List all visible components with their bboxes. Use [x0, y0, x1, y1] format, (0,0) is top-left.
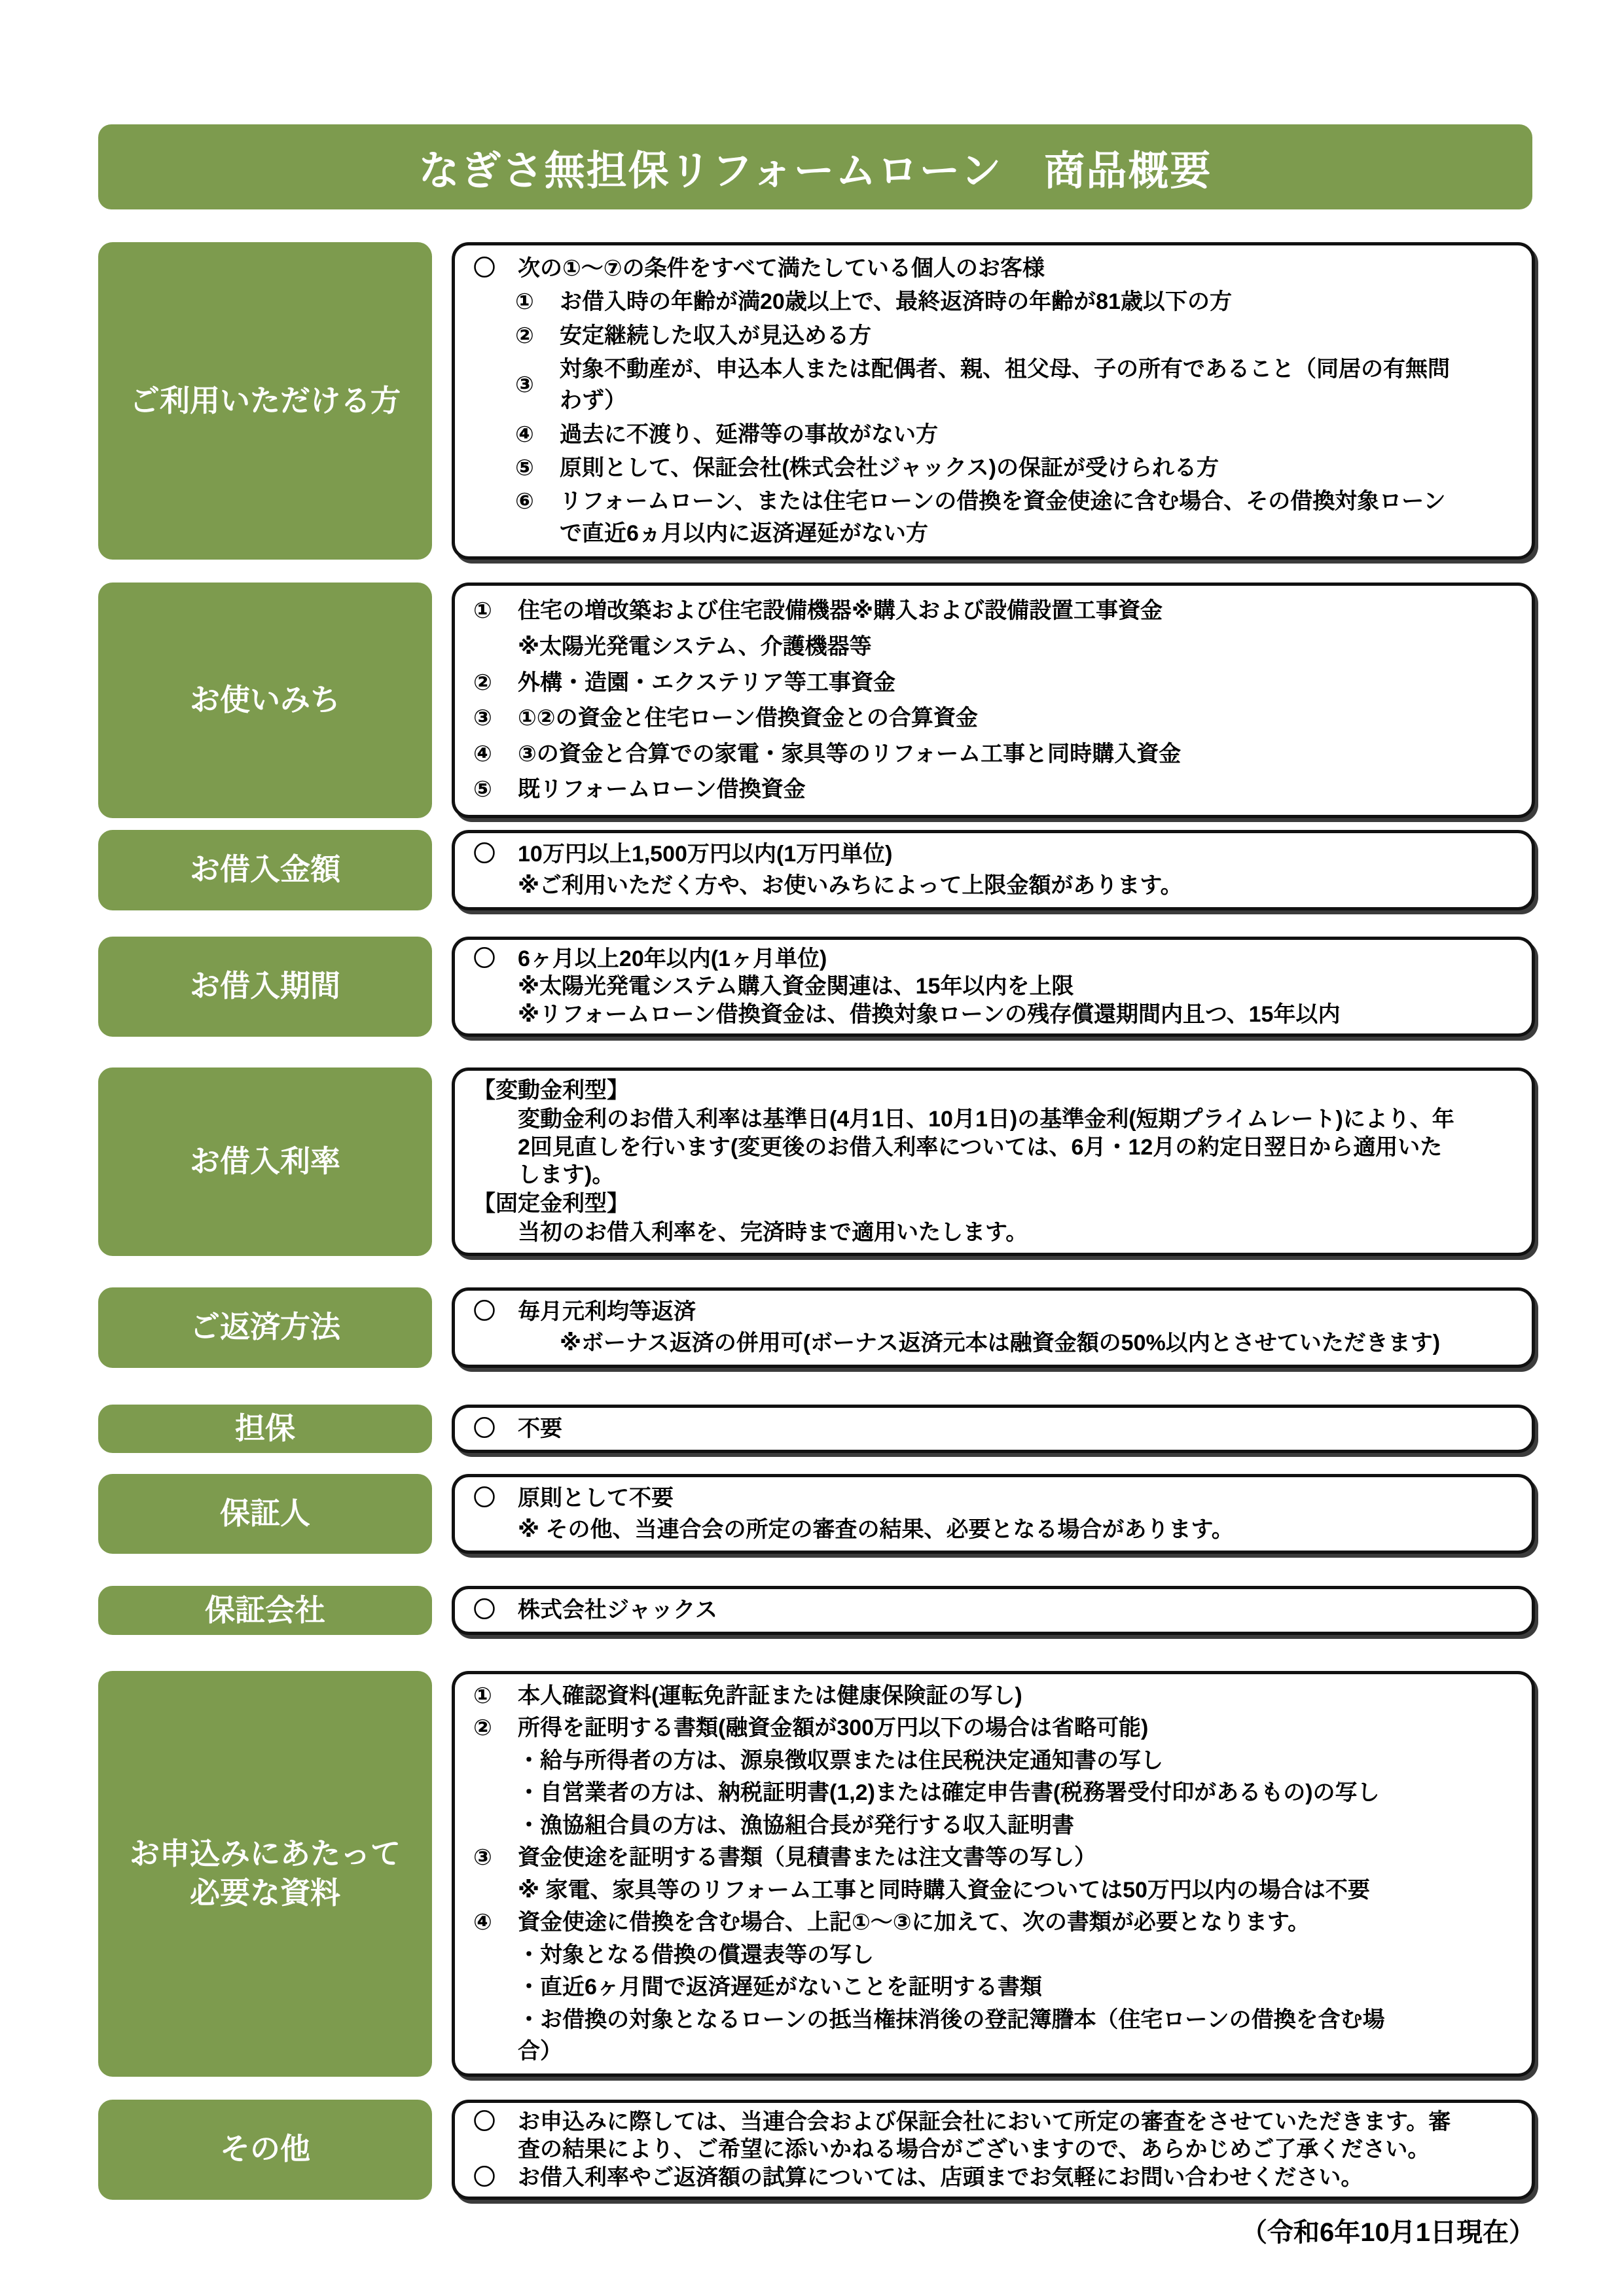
line-text: 過去に不渡り、延滞等の事故がない方	[560, 419, 938, 450]
line-text: リフォームローン、または住宅ローンの借換を資金使途に含む場合、その借換対象ローン…	[560, 486, 1446, 549]
section-label: ご返済方法	[98, 1287, 432, 1368]
content-line: 【変動金利型】	[473, 1077, 1513, 1105]
line-text: 6ヶ月以上20年以内(1ヶ月単位)	[518, 945, 827, 973]
content-line: 〇株式会社ジャックス	[473, 1594, 1513, 1626]
line-text: 株式会社ジャックス	[518, 1594, 717, 1626]
circled-number-marker: ①	[473, 1680, 518, 1712]
content-line: ・漁協組合員の方は、漁協組合長が発行する収入証明書	[473, 1810, 1513, 1841]
content-line: ③①②の資金と住宅ローン借換資金との合算資金	[473, 702, 1513, 734]
section-content: 【変動金利型】 変動金利のお借入利率は基準日(4月1日、10月1日)の基準金利(…	[452, 1067, 1535, 1256]
content-line: ※ご利用いただく方や、お使いみちによって上限金額があります。	[473, 870, 1513, 901]
line-text: お申込みに際しては、当連合会および保証会社において所定の審査をさせていただきます…	[518, 2108, 1451, 2164]
circled-number-marker: ②	[515, 320, 560, 351]
section-content: 〇不要	[452, 1405, 1535, 1453]
content-line: ・自営業者の方は、納税証明書(1,2)または確定申告書(税務署受付印があるもの)…	[473, 1777, 1513, 1808]
section-content: 〇株式会社ジャックス	[452, 1586, 1535, 1634]
circled-number-marker: ⑤	[515, 452, 560, 484]
content-line: ③資金使途を証明する書類（見積書または注文書等の写し）	[473, 1842, 1513, 1873]
bullet-circle-marker: 〇	[473, 1594, 518, 1626]
content-line: 〇10万円以上1,500万円以内(1万円単位)	[473, 838, 1513, 870]
line-text: ※ボーナス返済の併用可(ボーナス返済元本は融資金額の50%以内とさせていただきま…	[560, 1327, 1440, 1359]
line-text: 原則として、保証会社(株式会社ジャックス)の保証が受けられる方	[560, 452, 1219, 484]
line-text: 10万円以上1,500万円以内(1万円単位)	[518, 838, 892, 870]
content-line: ※太陽光発電システム、介護機器等	[473, 631, 1513, 662]
circled-number-marker: ③	[473, 702, 518, 734]
section-label: ご利用いただける方	[98, 242, 432, 560]
circled-number-marker: ②	[473, 1712, 518, 1744]
section-other: その他 〇お申込みに際しては、当連合会および保証会社において所定の審査をさせてい…	[98, 2100, 1535, 2200]
content-line: 〇毎月元利均等返済	[473, 1296, 1513, 1327]
section-content: 〇6ヶ月以上20年以内(1ヶ月単位) ※太陽光発電システム購入資金関連は、15年…	[452, 937, 1535, 1037]
content-line: ②安定継続した収入が見込める方	[515, 320, 1513, 351]
circled-number-marker: ①	[473, 595, 518, 626]
line-text: 【変動金利型】	[473, 1077, 629, 1105]
line-text: 外構・造園・エクステリア等工事資金	[518, 667, 895, 698]
content-line: ④過去に不渡り、延滞等の事故がない方	[515, 419, 1513, 450]
page-title: なぎさ無担保リフォームローン 商品概要	[98, 124, 1532, 209]
line-text: ①②の資金と住宅ローン借換資金との合算資金	[518, 702, 978, 734]
content-line: ※ 家電、家具等のリフォーム工事と同時購入資金については50万円以内の場合は不要	[473, 1874, 1513, 1906]
section-collateral: 担保 〇不要	[98, 1405, 1535, 1453]
content-line: ・対象となる借換の償還表等の写し	[473, 1939, 1513, 1971]
section-label: 保証人	[98, 1474, 432, 1554]
line-text: 不要	[518, 1413, 562, 1444]
line-text: 対象不動産が、申込本人または配偶者、親、祖父母、子の所有であること（同居の有無問…	[560, 353, 1450, 417]
line-text: 【固定金利型】	[473, 1190, 629, 1218]
section-guarantor: 保証人 〇原則として不要 ※ その他、当連合会の所定の審査の結果、必要となる場合…	[98, 1474, 1535, 1554]
circled-number-marker: ③	[473, 1842, 518, 1873]
circled-number-marker: ①	[515, 286, 560, 317]
bullet-circle-marker: 〇	[473, 945, 518, 973]
bullet-circle-marker: 〇	[473, 253, 518, 284]
content-line: ・給与所得者の方は、源泉徴収票または住民税決定通知書の写し	[473, 1745, 1513, 1776]
line-text: 毎月元利均等返済	[518, 1296, 696, 1327]
bullet-circle-marker: 〇	[473, 1482, 518, 1514]
section-content: ①住宅の増改築および住宅設備機器※購入および設備設置工事資金 ※太陽光発電システ…	[452, 583, 1535, 818]
content-line: ※ボーナス返済の併用可(ボーナス返済元本は融資金額の50%以内とさせていただきま…	[515, 1327, 1513, 1359]
content-line: ①住宅の増改築および住宅設備機器※購入および設備設置工事資金	[473, 595, 1513, 626]
circled-number-marker: ②	[473, 667, 518, 698]
line-text: 既リフォームローン借換資金	[518, 774, 806, 805]
circled-number-marker: ③	[515, 369, 560, 401]
section-label: お借入期間	[98, 937, 432, 1037]
line-text: 安定継続した収入が見込める方	[560, 320, 871, 351]
section-label: その他	[98, 2100, 432, 2200]
line-text: 本人確認資料(運転免許証または健康保険証の写し)	[518, 1680, 1022, 1712]
bullet-circle-marker: 〇	[473, 838, 518, 870]
circled-number-marker: ④	[473, 1907, 518, 1938]
line-text: ・漁協組合員の方は、漁協組合長が発行する収入証明書	[518, 1810, 1074, 1841]
section-guarantee-company: 保証会社 〇株式会社ジャックス	[98, 1586, 1535, 1634]
content-line: 〇原則として不要	[473, 1482, 1513, 1514]
section-loan-amount: お借入金額 〇10万円以上1,500万円以内(1万円単位) ※ご利用いただく方や…	[98, 830, 1535, 910]
circled-number-marker: ④	[515, 419, 560, 450]
line-text: ※太陽光発電システム購入資金関連は、15年以内を上限 ※リフォームローン借換資金…	[518, 973, 1340, 1028]
content-line: ②所得を証明する書類(融資金額が300万円以下の場合は省略可能)	[473, 1712, 1513, 1744]
content-line: ⑤既リフォームローン借換資金	[473, 774, 1513, 805]
section-usage: お使いみち ①住宅の増改築および住宅設備機器※購入および設備設置工事資金 ※太陽…	[98, 583, 1535, 818]
line-text: 資金使途を証明する書類（見積書または注文書等の写し）	[518, 1842, 1096, 1873]
section-content: 〇次の①～⑦の条件をすべて満たしている個人のお客様 ①お借入時の年齢が満20歳以…	[452, 242, 1535, 560]
content-line: ※ その他、当連合会の所定の審査の結果、必要となる場合があります。	[473, 1514, 1513, 1545]
line-text: ・直近6ヶ月間で返済遅延がないことを証明する書類	[518, 1971, 1042, 2003]
content-line: ⑤原則として、保証会社(株式会社ジャックス)の保証が受けられる方	[515, 452, 1513, 484]
content-line: 〇不要	[473, 1413, 1513, 1444]
line-text: ※ご利用いただく方や、お使いみちによって上限金額があります。	[518, 870, 1183, 901]
line-text: ※ 家電、家具等のリフォーム工事と同時購入資金については50万円以内の場合は不要	[518, 1874, 1370, 1906]
line-text: ※ その他、当連合会の所定の審査の結果、必要となる場合があります。	[518, 1514, 1234, 1545]
bullet-circle-marker: 〇	[473, 1296, 518, 1327]
line-text: お借入時の年齢が満20歳以上で、最終返済時の年齢が81歳以下の方	[560, 286, 1232, 317]
section-repayment-method: ご返済方法 〇毎月元利均等返済 ※ボーナス返済の併用可(ボーナス返済元本は融資金…	[98, 1287, 1535, 1368]
section-content: 〇お申込みに際しては、当連合会および保証会社において所定の審査をさせていただきま…	[452, 2100, 1535, 2200]
line-text: ・お借換の対象となるローンの抵当権抹消後の登記簿謄本（住宅ローンの借換を含む場 …	[518, 2004, 1385, 2068]
section-interest-rate: お借入利率 【変動金利型】 変動金利のお借入利率は基準日(4月1日、10月1日)…	[98, 1067, 1535, 1256]
section-label: 保証会社	[98, 1586, 432, 1634]
section-content: 〇10万円以上1,500万円以内(1万円単位) ※ご利用いただく方や、お使いみち…	[452, 830, 1535, 910]
line-text: ※太陽光発電システム、介護機器等	[518, 631, 872, 662]
content-line: ④資金使途に借換を含む場合、上記①～③に加えて、次の書類が必要となります。	[473, 1907, 1513, 1938]
section-label: 担保	[98, 1405, 432, 1453]
section-label: お借入利率	[98, 1067, 432, 1256]
line-text: 資金使途に借換を含む場合、上記①～③に加えて、次の書類が必要となります。	[518, 1907, 1310, 1938]
content-line: 〇6ヶ月以上20年以内(1ヶ月単位)	[473, 945, 1513, 973]
line-text: 原則として不要	[518, 1482, 674, 1514]
content-line: ⑥リフォームローン、または住宅ローンの借換を資金使途に含む場合、その借換対象ロー…	[515, 486, 1513, 549]
content-line: 【固定金利型】	[473, 1190, 1513, 1218]
line-text: 住宅の増改築および住宅設備機器※購入および設備設置工事資金	[518, 595, 1163, 626]
line-text: ③の資金と合算での家電・家具等のリフォーム工事と同時購入資金	[518, 738, 1181, 770]
content-line: 〇次の①～⑦の条件をすべて満たしている個人のお客様	[473, 253, 1513, 284]
content-line: 当初のお借入利率を、完済時まで適用いたします。	[473, 1219, 1513, 1247]
circled-number-marker: ⑥	[515, 486, 560, 517]
section-label: お使いみち	[98, 583, 432, 818]
circled-number-marker: ⑤	[473, 774, 518, 805]
content-line: 変動金利のお借入利率は基準日(4月1日、10月1日)の基準金利(短期プライムレー…	[473, 1105, 1513, 1189]
bullet-circle-marker: 〇	[473, 1413, 518, 1444]
footer-date: （令和6年10月1日現在）	[0, 2200, 1624, 2249]
line-text: 次の①～⑦の条件をすべて満たしている個人のお客様	[518, 253, 1045, 284]
section-content: ①本人確認資料(運転免許証または健康保険証の写し) ②所得を証明する書類(融資金…	[452, 1671, 1535, 2077]
circled-number-marker: ④	[473, 738, 518, 770]
section-content: 〇原則として不要 ※ その他、当連合会の所定の審査の結果、必要となる場合がありま…	[452, 1474, 1535, 1554]
content-line: ・直近6ヶ月間で返済遅延がないことを証明する書類	[473, 1971, 1513, 2003]
line-text: ・自営業者の方は、納税証明書(1,2)または確定申告書(税務署受付印があるもの)…	[518, 1777, 1380, 1808]
line-text: 当初のお借入利率を、完済時まで適用いたします。	[518, 1219, 1028, 1247]
line-text: ・給与所得者の方は、源泉徴収票または住民税決定通知書の写し	[518, 1745, 1163, 1776]
section-rows: ご利用いただける方 〇次の①～⑦の条件をすべて満たしている個人のお客様 ①お借入…	[0, 242, 1624, 2200]
bullet-circle-marker: 〇	[473, 2108, 518, 2136]
line-text: 所得を証明する書類(融資金額が300万円以下の場合は省略可能)	[518, 1712, 1148, 1744]
section-content: 〇毎月元利均等返済 ※ボーナス返済の併用可(ボーナス返済元本は融資金額の50%以…	[452, 1287, 1535, 1368]
line-text: 変動金利のお借入利率は基準日(4月1日、10月1日)の基準金利(短期プライムレー…	[518, 1105, 1454, 1189]
section-eligible-customers: ご利用いただける方 〇次の①～⑦の条件をすべて満たしている個人のお客様 ①お借入…	[98, 242, 1535, 560]
content-line: ③対象不動産が、申込本人または配偶者、親、祖父母、子の所有であること（同居の有無…	[515, 353, 1513, 417]
line-text: お借入利率やご返済額の試算については、店頭までお気軽にお問い合わせください。	[518, 2164, 1363, 2192]
content-line: ①お借入時の年齢が満20歳以上で、最終返済時の年齢が81歳以下の方	[515, 286, 1513, 317]
section-loan-period: お借入期間 〇6ヶ月以上20年以内(1ヶ月単位) ※太陽光発電システム購入資金関…	[98, 937, 1535, 1037]
line-text: ・対象となる借換の償還表等の写し	[518, 1939, 874, 1971]
bullet-circle-marker: 〇	[473, 2164, 518, 2192]
section-label: お申込みにあたって 必要な資料	[98, 1671, 432, 2077]
content-line: ①本人確認資料(運転免許証または健康保険証の写し)	[473, 1680, 1513, 1712]
content-line: ②外構・造園・エクステリア等工事資金	[473, 667, 1513, 698]
section-label: お借入金額	[98, 830, 432, 910]
content-line: ※太陽光発電システム購入資金関連は、15年以内を上限 ※リフォームローン借換資金…	[473, 973, 1513, 1028]
content-line: ④③の資金と合算での家電・家具等のリフォーム工事と同時購入資金	[473, 738, 1513, 770]
content-line: ・お借換の対象となるローンの抵当権抹消後の登記簿謄本（住宅ローンの借換を含む場 …	[473, 2004, 1513, 2068]
section-required-documents: お申込みにあたって 必要な資料 ①本人確認資料(運転免許証または健康保険証の写し…	[98, 1671, 1535, 2077]
content-line: 〇お借入利率やご返済額の試算については、店頭までお気軽にお問い合わせください。	[473, 2164, 1513, 2192]
content-line: 〇お申込みに際しては、当連合会および保証会社において所定の審査をさせていただきま…	[473, 2108, 1513, 2164]
document-page: なぎさ無担保リフォームローン 商品概要 ご利用いただける方 〇次の①～⑦の条件を…	[0, 0, 1624, 2296]
